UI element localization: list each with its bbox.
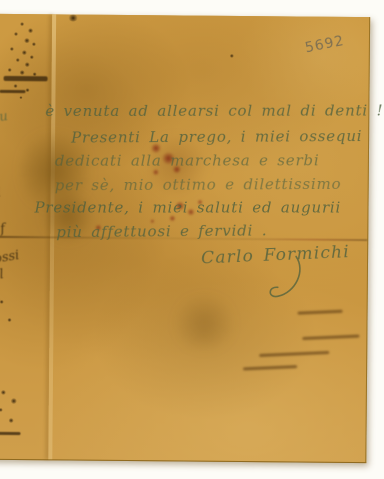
ink-speck [0, 408, 3, 412]
ink-speck [11, 398, 17, 404]
stain-streak [298, 310, 343, 315]
bleedthrough-fragment: f [0, 222, 6, 238]
stain-streak [243, 365, 297, 370]
stain-spot [153, 169, 159, 175]
letter-line: dedicati alla marchesa e serbi [55, 151, 320, 169]
ink-speck [28, 28, 33, 33]
ink-speck [9, 418, 14, 423]
scan-background: lu ll l f ossi al f. 5692 è venuta ad al… [0, 0, 384, 479]
paper-edge-notch [68, 14, 78, 21]
ink-speck [30, 55, 34, 59]
ink-speck [14, 84, 18, 88]
letter-line: è venuta ad allearsi col mal di denti ! [45, 101, 383, 120]
letter-paper: lu ll l f ossi al f. 5692 è venuta ad al… [0, 14, 370, 463]
ink-speck [7, 318, 11, 322]
ink-speck [1, 390, 6, 395]
archive-number: 5692 [304, 33, 346, 57]
ink-speck [19, 96, 22, 99]
ink-speck [16, 58, 20, 62]
stain-blob [169, 295, 239, 351]
ink-speck [20, 70, 25, 75]
ink-speck [20, 22, 24, 26]
bleedthrough-fragment: ll [0, 185, 2, 201]
ink-speck [8, 68, 12, 72]
letter-line: Presenti La prego, i miei ossequi [71, 127, 362, 147]
ink-speck [24, 38, 30, 43]
ink-speck [14, 32, 18, 36]
letter-line: per sè, mio ottimo e dilettissimo [55, 175, 342, 195]
bleedthrough-fragment: f. [0, 289, 1, 305]
letter-line: Presidente, i miei saluti ed augurii [34, 199, 341, 217]
bleedthrough-fragment: ossi [0, 248, 20, 267]
ink-smear [0, 90, 26, 93]
letter-line: più affettuosi e fervidi . [56, 221, 267, 241]
stain-streak [259, 351, 329, 357]
stain-streak [302, 335, 359, 340]
bleedthrough-fragment: al [0, 267, 5, 284]
signature-flourish [266, 254, 306, 304]
ink-speck [32, 42, 36, 46]
ink-speck [25, 62, 30, 67]
ink-speck [230, 54, 234, 58]
ink-smear [4, 76, 48, 81]
ink-smear [0, 432, 21, 435]
ink-speck [10, 47, 14, 51]
ink-speck [25, 88, 29, 92]
bleedthrough-fragment: lu [0, 109, 9, 126]
ink-speck [22, 50, 27, 55]
